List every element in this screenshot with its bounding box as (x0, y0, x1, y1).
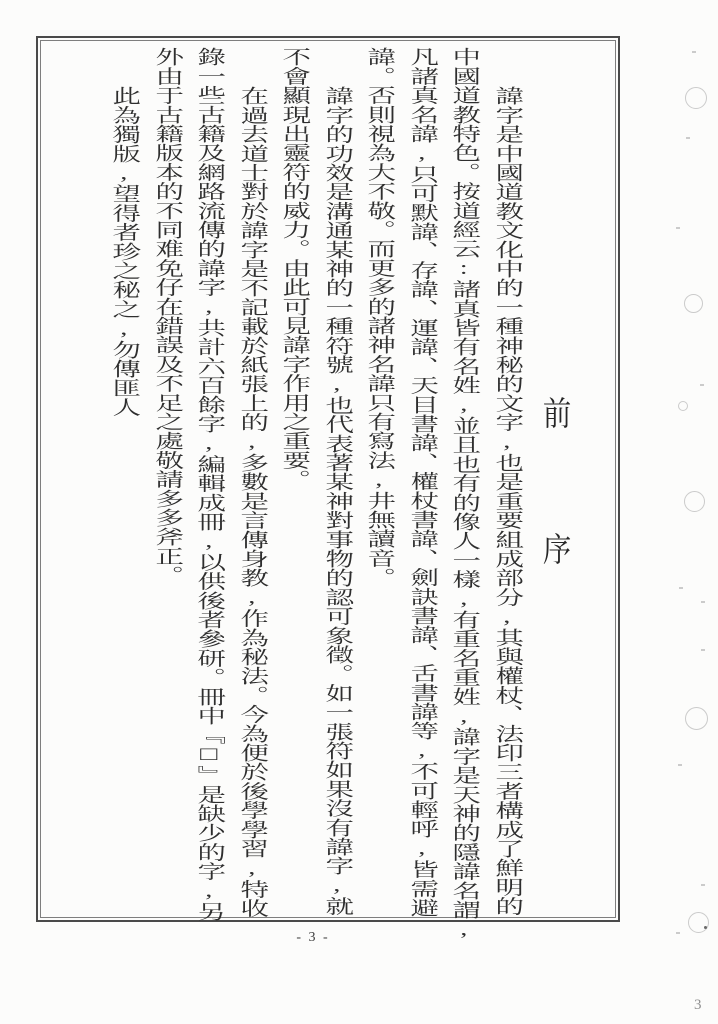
scan-artifact-speck (676, 227, 680, 229)
scan-artifact-circle (678, 401, 688, 411)
section-title: 前序 (536, 396, 572, 668)
scan-artifact-speck (676, 932, 680, 934)
text-column: 此為獨版,望得者珍之秘之,勿傳匪人 (92, 86, 155, 416)
scan-artifact-circle (685, 707, 708, 730)
scan-artifact-speck (678, 764, 682, 766)
scan-artifact-circle (684, 491, 705, 512)
scan-artifact-speck (701, 601, 705, 603)
scan-artifact-dot (704, 926, 707, 929)
scan-artifact-circle (688, 912, 709, 933)
scanned-book-page: 前序 諱字是中國道教文化中的一種神秘的文字,也是重要組成部分,其與權杖、法印三者… (0, 0, 718, 1024)
scan-artifact-speck (701, 649, 705, 651)
scan-artifact-speck (686, 137, 690, 139)
scan-artifact-speck (701, 884, 705, 886)
scan-artifact-speck (679, 587, 683, 589)
scan-artifact-circle (684, 294, 703, 313)
scan-artifact-speck (692, 51, 696, 53)
scan-artifact-circle (685, 87, 707, 109)
scan-artifact-speck (700, 384, 704, 386)
corner-page-number: 3 (694, 997, 702, 1014)
page-number: - 3 - (270, 930, 356, 946)
